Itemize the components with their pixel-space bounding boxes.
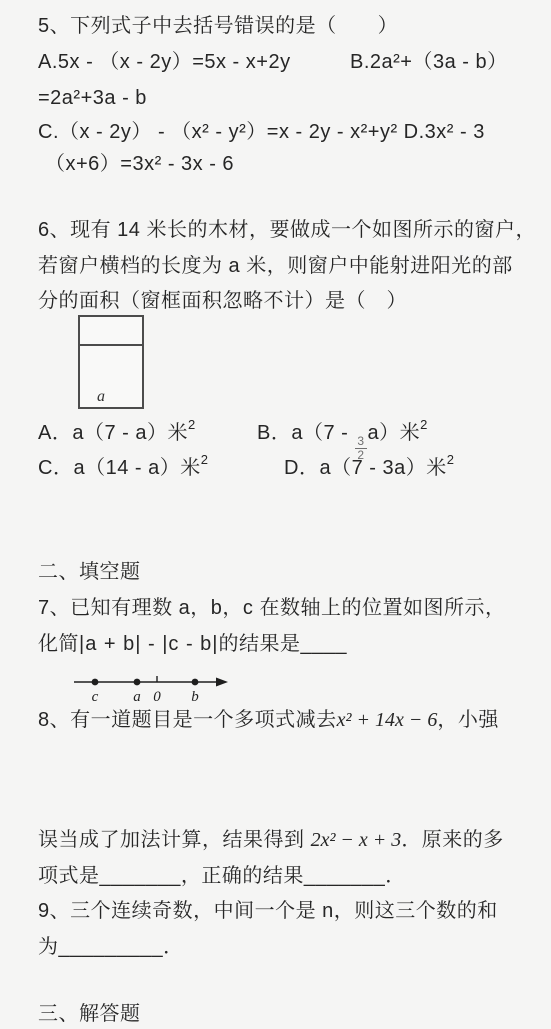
q6-option-d-exponent: 2	[447, 452, 455, 467]
q6-stem-line2: 若窗户横档的长度为 a 米，则窗户中能射进阳光的部	[38, 252, 513, 280]
q8-line2-prefix: 误当成了加法计算，结果得到	[38, 829, 311, 851]
point-b-label: b	[191, 689, 199, 705]
point-a-label: a	[133, 689, 141, 705]
q5-option-d-cont: （x+6）=3x² - 3x - 6	[45, 150, 234, 178]
q7-stem-line1: 7、已知有理数 a，b，c 在数轴上的位置如图所示，	[38, 594, 505, 622]
section-fill-title: 二、填空题	[38, 558, 141, 586]
q6-stem-line1: 6、现有 14 米长的木材，要做成一个如图所示的窗户，	[38, 216, 536, 244]
q6-option-d-text: D．a（7 - 3a）米	[284, 457, 447, 479]
fraction-numerator: 3	[355, 435, 366, 449]
q9-stem-line1: 9、三个连续奇数，中间一个是 n，则这三个数的和	[38, 897, 498, 925]
q6-option-a-text: A．a（7 - a）米	[38, 422, 188, 444]
q5-option-b-cont: =2a²+3a - b	[38, 84, 147, 112]
q6-option-c: C．a（14 - a）米2	[38, 454, 208, 482]
window-width-label: a	[97, 388, 105, 406]
point-b-dot	[192, 679, 199, 686]
q8-line2-suffix: ．原来的多	[401, 829, 504, 851]
q8-line1-suffix: ，小强	[437, 709, 499, 731]
q5-option-a: A.5x - （x - 2y）=5x - x+2y	[38, 48, 291, 76]
point-c-dot	[92, 679, 99, 686]
window-figure: a	[78, 315, 144, 409]
q7-suffix-blank: 的结果是____	[219, 633, 348, 655]
q7-absolute-value-expression: |a + b| - |c - b|	[79, 633, 219, 655]
number-line-figure: c a 0 b	[72, 668, 232, 706]
q8-blanks-line: 项式是_______，正确的结果_______．	[38, 862, 406, 890]
q5-stem: 5、下列式子中去括号错误的是（ ）	[38, 12, 398, 40]
point-a-dot	[134, 679, 141, 686]
q8-stem-line2: 误当成了加法计算，结果得到 2x² − x + 3．原来的多	[38, 826, 504, 854]
q6-option-b-suffix: a）米	[368, 422, 421, 444]
q5-option-b: B.2a²+（3a - b）	[350, 48, 508, 76]
q6-option-b-prefix: B．a（7 -	[257, 422, 354, 444]
q6-option-c-exponent: 2	[201, 452, 209, 467]
q8-polynomial-1: x² + 14x − 6	[337, 709, 438, 731]
number-line-arrowhead	[216, 678, 228, 687]
window-crossbar	[80, 344, 142, 346]
q6-option-a: A．a（7 - a）米2	[38, 419, 196, 447]
q6-option-b-exponent: 2	[420, 417, 428, 432]
q8-stem-line1: 8、有一道题目是一个多项式减去x² + 14x − 6，小强	[38, 706, 499, 734]
q5-options-cd: C.（x - 2y） - （x² - y²）=x - 2y - x²+y² D.…	[38, 118, 485, 146]
q7-stem-line2: 化简|a + b| - |c - b|的结果是____	[38, 630, 347, 658]
q8-polynomial-2: 2x² − x + 3	[311, 829, 402, 851]
q6-stem-line3: 分的面积（窗框面积忽略不计）是（ ）	[38, 287, 407, 315]
q6-option-c-text: C．a（14 - a）米	[38, 457, 201, 479]
q8-line1-prefix: 8、有一道题目是一个多项式减去	[38, 709, 337, 731]
q6-option-d: D．a（7 - 3a）米2	[284, 454, 454, 482]
origin-label: 0	[153, 689, 161, 705]
section-answer-title: 三、解答题	[38, 1000, 141, 1028]
q9-blank-line: 为_________．	[38, 933, 184, 961]
worksheet-page: 5、下列式子中去括号错误的是（ ） A.5x - （x - 2y）=5x - x…	[0, 0, 551, 1029]
q7-prefix: 化简	[38, 633, 79, 655]
point-c-label: c	[92, 689, 99, 705]
q6-option-a-exponent: 2	[188, 417, 196, 432]
